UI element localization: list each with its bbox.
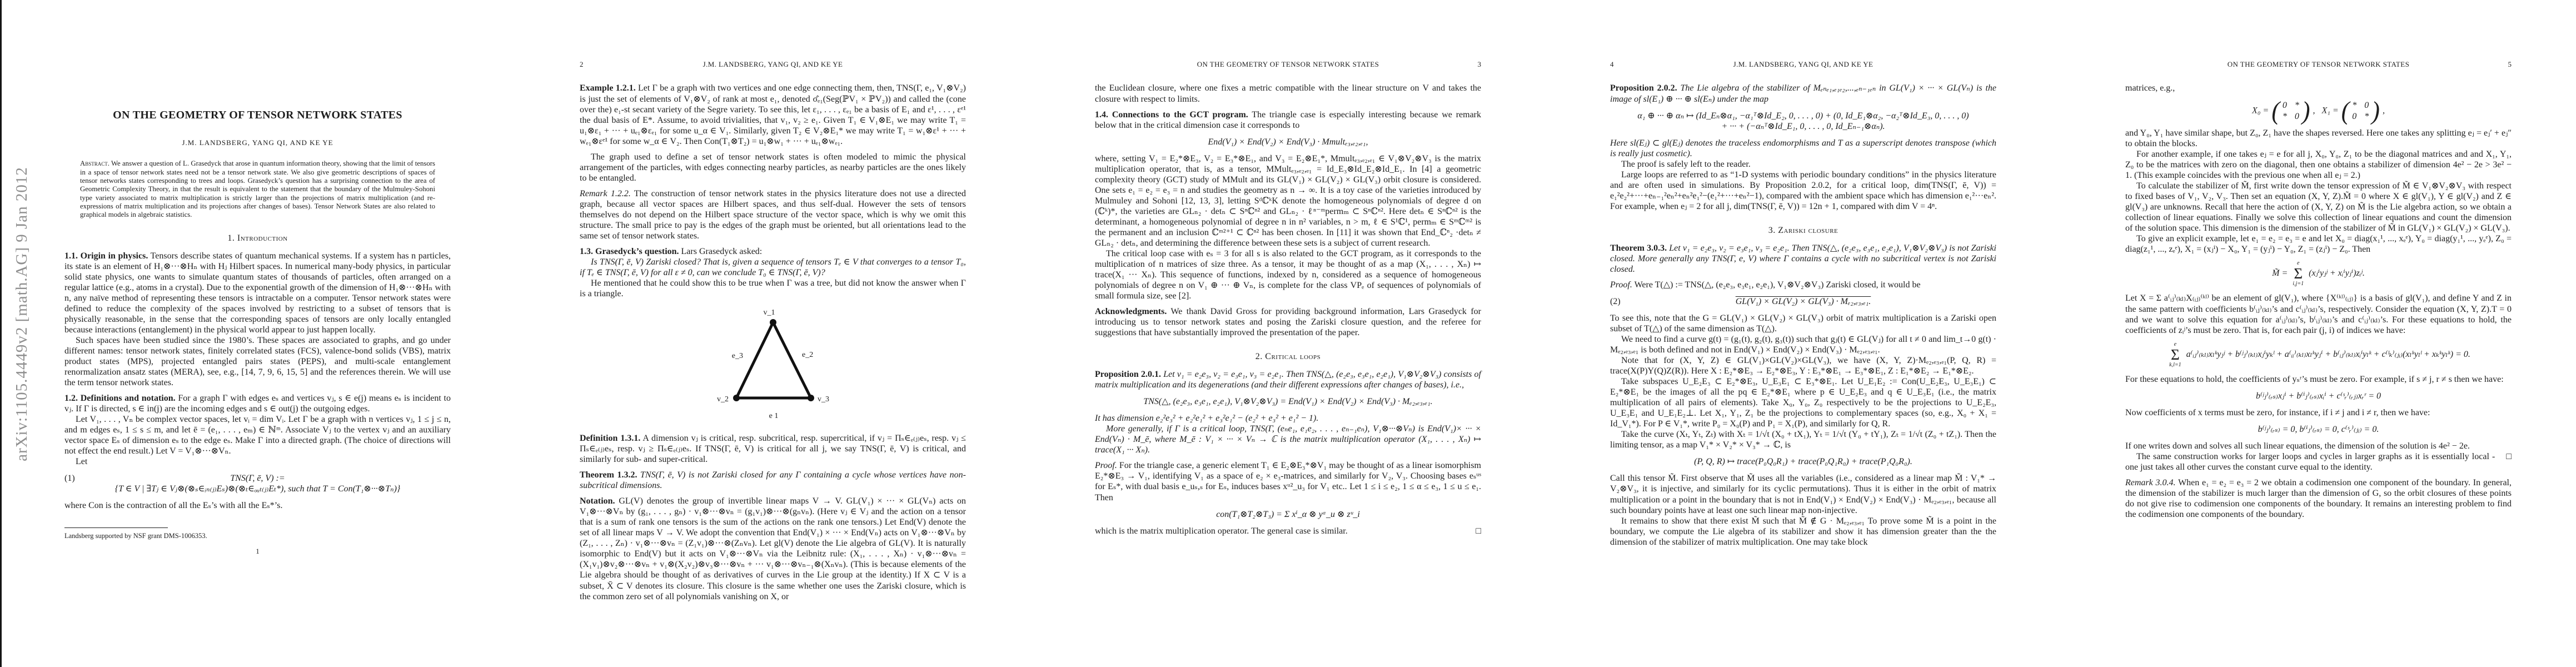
equation-map-line2: + ··· + (−αₙᵀ⊗Id_E₁, 0, . . . , 0, Id_Eₙ… [1610,121,1996,132]
para-another-example: For another example, if one takes eⱼ = e… [2125,149,2512,181]
running-header-p4: 4 J.M. LANDSBERG, YANG QI, AND KE YE [1610,60,1996,68]
equation-big-sum: eΣk,l=1 a⁽ᵢⱼ⁾₍ₖₗ₎xₗᵏyⱼʲ + b⁽ʲⱼ⁾₍ₖₗ₎xⱼⁱyₖ… [2125,342,2512,368]
equation-map: α₁ ⊕ ··· ⊕ αₙ ↦ (Id_Eₙ⊗α₁, −α₁ᵀ⊗Id_E₂, 0… [1610,111,1996,132]
running-authors: J.M. LANDSBERG, YANG QI, AND KE YE [602,60,944,68]
para-explicit-example: To give an explicit example, let e₁ = e₂… [2125,233,2512,255]
acknowledgments-label: Acknowledgments. [1095,307,1167,316]
equation-mtilde-body: (xⱼⁱyⱼʲ + xᵢⁱyⱼⁱ)zᵢʲ. [2309,269,2365,278]
example-121-label: Example 1.2.1. [580,83,636,93]
subsection-1-3-label: 1.3. Grasedyck’s question. [580,247,679,256]
para-let-x: Let X = Σ a⁽ᵢⱼ⁾₍ₖₗ₎X₍ᵢⱼ₎⁽ᵏˡ⁾ be an eleme… [2125,293,2512,335]
para-gct-program: 1.4. Connections to the GCT program. The… [1095,109,1481,131]
section-2-heading: 2. Critical loops [1095,351,1481,362]
para-theorem-132: Theorem 1.3.2. TNS(Γ, ē, V) is not Zaris… [580,470,966,491]
theorem-132-label: Theorem 1.3.2. [580,470,637,480]
remark-122-label: Remark 1.2.2. [580,189,631,198]
proposition-201-label: Proposition 2.0.1. [1095,370,1161,379]
para-theorem-303: Theorem 3.0.3. Let v₁ = e₂e₃, v₂ = e₃e₁,… [1610,243,1996,275]
matrix-x0-label: X₀ = [2252,106,2269,115]
para-zariski-question: Is TNS(Γ, ē, V) Zariski closed? That is,… [580,257,966,278]
para-now-coefficients: Now coefficients of x terms must be zero… [2125,407,2512,418]
para-where-con: where Con is the contraction of all the … [64,500,451,511]
footnote: Landsberg supported by NSF grant DMS-100… [64,532,451,540]
para-origin-physics: 1.1. Origin in physics. Tensors describe… [64,251,451,335]
sum-symbol: eΣi,j=1 [2293,261,2304,287]
sum-symbol-2: eΣk,l=1 [2169,342,2181,368]
triangle-figure: v_1 e_3 e_2 v_2 v_3 e 1 [580,307,966,427]
para-note-that: Note that for (X, Y, Z) ∈ GL(V₁)×GL(V₂)×… [1610,355,1996,376]
matrix-x0: (0**0) [2271,100,2310,122]
page-number-3: 3 [1459,60,1481,68]
equation-2-body: GL(V₁) × GL(V₂) × GL(V₃) · Mₑ₂,ₑ₃,ₑ₁. [1736,297,1871,306]
equation-con: con(T₁⊗T₂⊗T₃) = Σ xⁱ_α ⊗ yᵅ_u ⊗ zᵘ_i [1095,509,1481,520]
running-title-p5: ON THE GEOMETRY OF TENSOR NETWORK STATES [2148,60,2489,68]
sigma-glyph: Σ [2294,266,2303,281]
abstract: Abstract. We answer a question of L. Gra… [80,160,435,219]
equation-mtilde-lead: M̃ = [2272,269,2288,278]
definition-131-label: Definition 1.3.1. [580,434,640,443]
para-same-construction: □The same construction works for larger … [2125,451,2512,472]
page-3: ON THE GEOMETRY OF TENSOR NETWORK STATES… [1030,0,1546,667]
para-and-shapes: and Y₀, Y₁ have similar shape, but Z₀, Z… [2125,128,2512,149]
abstract-text: We answer a question of L. Grasedyck tha… [80,160,435,218]
equation-mtilde: M̃ = eΣi,j=1 (xⱼⁱyⱼʲ + xᵢⁱyⱼⁱ)zᵢʲ. [2125,261,2512,287]
triangle-graph-svg: v_1 e_3 e_2 v_2 v_3 e 1 [690,307,856,425]
equation-1-line1: TNS(Γ, ē, V) := [64,473,451,484]
para-acknowledgments: Acknowledgments. We thank David Gross fo… [1095,306,1481,338]
para-take-curve: Take the curve (Xₜ, Yₜ, Zₜ) with Xₜ = 1/… [1610,429,1996,450]
subsection-1-2-label: 1.2. Definitions and notation. [64,394,176,403]
right-paren: ) [2302,99,2310,123]
proposition-202-label: Proposition 2.0.2. [1610,83,1677,93]
para-grasedyck-question: 1.3. Grasedyck’s question. Lars Grasedyc… [580,246,966,257]
page-number-4: 4 [1610,60,1632,68]
para-it-remains: It remains to show that there exist M̃ s… [1610,516,1996,547]
left-paren: ( [2271,99,2280,123]
para-remark-304: Remark 3.0.4. When e₁ = e₂ = e₃ = 2 we o… [2125,477,2512,520]
running-header-p2: 2 J.M. LANDSBERG, YANG QI, AND KE YE [580,60,966,68]
para-he-mentioned: He mentioned that he could show this to … [580,278,966,299]
para-more-generally: More generally, if Γ is a critical loop,… [1095,424,1481,455]
page-number-5: 5 [2489,60,2512,68]
right-paren-2: ) [2371,99,2380,123]
para-proposition-201: Proposition 2.0.1. Let v₁ = e₂e₃, v₂ = e… [1095,369,1481,390]
para-take-subspaces: Take subspaces U_E₂E₃ ⊂ E₂*⊗E₃, U_E₃E₁ ⊂… [1610,376,1996,429]
para-let-spaces: Let V₁, . . . , Vₙ be complex vector spa… [64,414,451,456]
canvas-left-edge [0,0,2,667]
paper-spread-canvas: { "colors": {"page_bg":"#ffffff","text":… [0,0,2576,667]
label-v2: v_2 [717,395,729,404]
arxiv-watermark: arXiv:1105.4449v2 [math.AG] 9 Jan 2012 [12,167,32,461]
proof-label: Proof. [1095,461,1117,470]
para-for-these: For these equations to hold, the coeffic… [2125,374,2512,385]
equation-matrices: X₀ =(0**0), X₁ =(*00*), [2125,100,2512,122]
equation-2-number: (2) [1610,296,1621,307]
para-we-need: We need to find a curve g(t) = (g₁(t), g… [1610,334,1996,355]
equation-1-line2: {T ∈ V | ∃Tⱼ ∈ Vⱼ⊗(⊗ₛ∈ᵢₙ₍ⱼ₎Eₛ)⊗(⊗ₜ∈ₒᵤₜ₍ⱼ… [64,484,451,494]
label-v1: v_1 [763,308,775,317]
para-notation: Notation. GL(V) denotes the group of inv… [580,496,966,601]
page-2: 2 J.M. LANDSBERG, YANG QI, AND KE YE Exa… [515,0,1030,667]
para-remark-122: Remark 1.2.2. The construction of tensor… [580,188,966,241]
remark-304-label: Remark 3.0.4. [2125,478,2176,487]
para-critical-loop-case: The critical loop case with eₛ = 3 for a… [1095,248,1481,301]
vertex-v3-dot [808,395,814,401]
matrix-x1: (*00*) [2341,100,2380,122]
edge-e2-line [773,322,811,398]
para-to-see-this: To see this, note that the G = GL(V₁) × … [1610,313,1996,334]
page-5: ON THE GEOMETRY OF TENSOR NETWORK STATES… [2061,0,2576,667]
equation-zero: b⁽ʲⱼ⁾₍ᵣₛ₎ = 0, b⁽ⁱⱼ⁾₍ᵣₛ₎ = 0, c⁽ˢᵣ⁾₍ⱼᵢ₎ … [2125,424,2512,435]
equation-2: (2) GL(V₁) × GL(V₂) × GL(V₃) · Mₑ₂,ₑ₃,ₑ₁… [1610,296,1996,307]
page-4: 4 J.M. LANDSBERG, YANG QI, AND KE YE Pro… [1546,0,2061,667]
para-here-sl: Here sl(Eⱼ) ⊂ gl(Eⱼ) denotes the tracele… [1610,138,1996,159]
sigma-glyph-2: Σ [2171,347,2180,362]
para-where-setting: where, setting V₁ = E₂*⊗E₃, V₂ = E₃*⊗E₁,… [1095,153,1481,248]
label-v3: v_3 [818,395,829,404]
page-number-2: 2 [580,60,602,68]
equation-map-line1: α₁ ⊕ ··· ⊕ αₙ ↦ (Id_Eₙ⊗α₁, −α₁ᵀ⊗Id_E₂, 0… [1610,111,1996,121]
left-paren-2: ( [2341,99,2350,123]
para-euclidean-closure: the Euclidean closure, where one fixes a… [1095,83,1481,104]
para-calculate-stabilizer: To calculate the stabilizer of M̃, first… [2125,181,2512,233]
equation-endmmult: End(V₁) × End(V₂) × End(V₃) · Mmultₑ₃,ₑ₂… [1095,137,1481,147]
equation-tns-end: TNS(△, (e₂e₃, e₃e₁, e₂e₁), V₁⊗V₂⊗V₃) = E… [1095,396,1481,407]
para-definition-131: Definition 1.3.1. A dimension vⱼ is crit… [580,433,966,465]
section-3-heading: 3. Zariski closure [1610,225,1996,236]
para-dimension: It has dimension e₂²e₃² + e₂²e₁² + e₃²e₁… [1095,413,1481,424]
para-proof-201: Proof. For the triangle case, a generic … [1095,460,1481,502]
page-1: arXiv:1105.4449v2 [math.AG] 9 Jan 2012 O… [0,0,515,667]
section-1-heading: 1. Introduction [64,233,451,243]
page-number-1: 1 [64,547,451,555]
running-title: ON THE GEOMETRY OF TENSOR NETWORK STATES [1117,60,1459,68]
abstract-label: Abstract. [80,160,109,167]
edge-e3-line [736,322,773,398]
para-call-tensor: Call this tensor M̃. First observe that … [1610,473,1996,515]
running-header-p5: ON THE GEOMETRY OF TENSOR NETWORK STATES… [2125,60,2512,68]
label-e2: e_2 [802,351,813,359]
matrix-x1-label: X₁ = [2322,106,2339,115]
footnote-rule [64,527,168,528]
running-header-p3: ON THE GEOMETRY OF TENSOR NETWORK STATES… [1095,60,1481,68]
vertex-v2-dot [733,395,740,401]
para-such-spaces: Such spaces have been studied since the … [64,335,451,388]
running-authors-p4: J.M. LANDSBERG, YANG QI, AND KE YE [1632,60,1974,68]
para-definitions-notation: 1.2. Definitions and notation. For a gra… [64,393,451,414]
para-graph-used: The graph used to define a set of tensor… [580,152,966,183]
equation-1-number: (1) [64,473,75,484]
theorem-303-label: Theorem 3.0.3. [1610,243,1667,253]
proof-303-label: Proof. [1610,280,1632,290]
paper-title: ON THE GEOMETRY OF TENSOR NETWORK STATES [64,109,451,122]
para-large-loops: Large loops are referred to as “1-D syst… [1610,170,1996,212]
para-proof-left: The proof is safely left to the reader. [1610,159,1996,170]
label-e1: e 1 [769,412,778,420]
qed-box-2: □ [2495,451,2512,462]
para-matrices-eg: matrices, e.g., [2125,83,2512,93]
para-example-121: Example 1.2.1. Let Γ be a graph with two… [580,83,966,146]
equation-big-sum-body: a⁽ᵢⱼ⁾₍ₖₗ₎xₗᵏyⱼʲ + b⁽ʲⱼ⁾₍ₖₗ₎xⱼⁱyₖˡ + a⁽ᵢᵢ… [2186,350,2470,359]
para-proof-303: Proof. Were T(△) := TNS(△, (e₂e₃, e₃e₁, … [1610,280,1996,290]
para-if-one-writes: If one writes down and solves all such l… [2125,441,2512,451]
qed-box: □ [1476,526,1481,536]
label-e3: e_3 [731,352,743,360]
notation-label: Notation. [580,496,615,506]
subsection-1-4-label: 1.4. Connections to the GCT program. [1095,110,1248,120]
equation-b-terms: b⁽ʲⱼ⁾₍ᵣₛ₎xⱼⁱ + b⁽ⁱⱼ⁾₍ᵣₛ₎xᵢⁱ + c⁽ˢᵣ⁾₍ᵣⱼ₎x… [2125,391,2512,401]
para-proposition-202: Proposition 2.0.2. The Lie algebra of th… [1610,83,1996,104]
para-let-word: Let [64,456,451,467]
para-which-is: □which is the matrix multiplication oper… [1095,526,1481,536]
subsection-1-1-label: 1.1. Origin in physics. [64,251,148,261]
equation-1: (1) TNS(Γ, ē, V) := {T ∈ V | ∃Tⱼ ∈ Vⱼ⊗(⊗… [64,473,451,494]
vertex-v1-dot [770,319,776,326]
equation-limit: (P, Q, R) ↦ trace(P₀Q₀R₁) + trace(P₀Q₁R₀… [1610,456,1996,467]
paper-authors: J.M. LANDSBERG, YANG QI, AND KE YE [64,138,451,147]
